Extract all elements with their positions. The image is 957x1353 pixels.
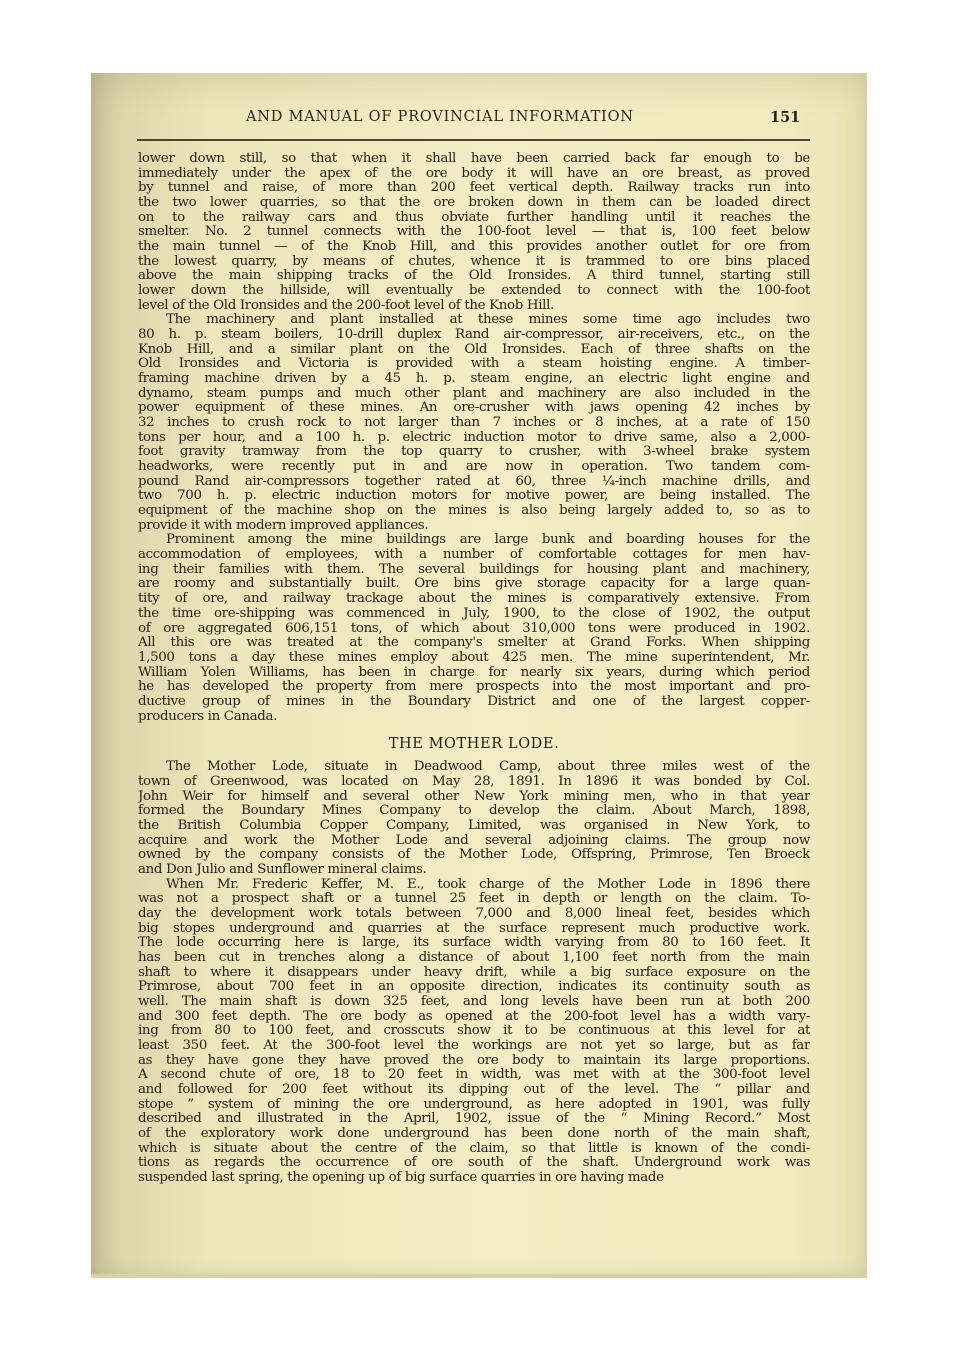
text-line: by tunnel and raise, of more than 200 fe… [138,181,810,196]
text-line: was not a prospect shaft or a tunnel 25 … [138,892,810,907]
text-line: lower down still, so that when it shall … [138,152,810,167]
text-line: town of Greenwood, was located on May 28… [138,775,810,790]
text-line: The Mother Lode, situate in Deadwood Cam… [138,760,810,775]
text-line: acquire and work the Mother Lode and sev… [138,834,810,849]
text-line: immediately under the apex of the ore bo… [138,167,810,182]
text-line: framing machine driven by a 45 h. p. ste… [138,372,810,387]
text-line: Old Ironsides and Victoria is provided w… [138,357,810,372]
paragraph: Prominent among the mine buildings are l… [138,533,810,724]
text-line: accommodation of employees, with a numbe… [138,548,810,563]
text-line: owned by the company consists of the Mot… [138,848,810,863]
text-line: the main tunnel — of the Knob Hill, and … [138,240,810,255]
text-line: of the exploratory work done underground… [138,1127,810,1142]
article-continuation: lower down still, so that when it shall … [138,152,810,724]
header-rule [137,139,810,141]
text-line: Knob Hill, and a similar plant on the Ol… [138,343,810,358]
text-line: well. The main shaft is down 325 feet, a… [138,995,810,1010]
text-line: stope ” system of mining the ore undergr… [138,1098,810,1113]
text-line: tity of ore, and railway trackage about … [138,592,810,607]
text-line: The machinery and plant installed at the… [138,313,810,328]
text-line: tions as regards the occurrence of ore s… [138,1156,810,1171]
text-line: of ore aggregated 606,151 tons, of which… [138,622,810,637]
text-line: headworks, were recently put in and are … [138,460,810,475]
text-line: least 350 feet. At the 300-foot level th… [138,1039,810,1054]
text-line: Primrose, about 700 feet in an opposite … [138,980,810,995]
text-line: on to the railway cars and thus obviate … [138,211,810,226]
text-line: smelter. No. 2 tunnel connects with the … [138,225,810,240]
text-line: lower down the hillside, will eventually… [138,284,810,299]
text-line: above the main shipping tracks of the Ol… [138,269,810,284]
text-line: has been cut in trenches along a distanc… [138,951,810,966]
text-line: the two lower quarries, so that the ore … [138,196,810,211]
text-line: shaft to where it disappears under heavy… [138,966,810,981]
text-line: and 300 feet depth. The ore body as open… [138,1010,810,1025]
text-line: equipment of the machine shop on the min… [138,504,810,519]
text-line: formed the Boundary Mines Company to dev… [138,804,810,819]
text-line: big stopes underground and quarries at t… [138,922,810,937]
text-line: the lowest quarry, by means of chutes, w… [138,255,810,270]
text-line: When Mr. Frederic Keffer, M. E., took ch… [138,878,810,893]
text-line: provide it with modern improved applianc… [138,519,810,534]
text-line: producers in Canada. [138,710,810,725]
text-line: tons per hour, and a 100 h. p. electric … [138,431,810,446]
paragraph: The machinery and plant installed at the… [138,313,810,533]
text-line: described and illustrated in the April, … [138,1112,810,1127]
text-line: The lode occurring here is large, its su… [138,936,810,951]
text-line: level of the Old Ironsides and the 200-f… [138,299,810,314]
text-line: ing their families with them. The severa… [138,563,810,578]
text-line: two 700 h. p. electric induction motors … [138,489,810,504]
text-line: power equipment of these mines. An ore-c… [138,401,810,416]
text-line: 1,500 tons a day these mines employ abou… [138,651,810,666]
text-line: ductive group of mines in the Boundary D… [138,695,810,710]
text-line: the British Columbia Copper Company, Lim… [138,819,810,834]
text-line: John Weir for himself and several other … [138,790,810,805]
body-text: lower down still, so that when it shall … [138,152,810,1186]
paragraph: lower down still, so that when it shall … [138,152,810,313]
text-line: which is situate about the centre of the… [138,1142,810,1157]
page-number: 151 [770,109,800,126]
paragraph: The Mother Lode, situate in Deadwood Cam… [138,760,810,877]
text-line: dynamo, steam pumps and much other plant… [138,387,810,402]
text-line: All this ore was treated at the company'… [138,636,810,651]
text-line: pound Rand air-compressors together rate… [138,475,810,490]
text-line: the time ore-shipping was commenced in J… [138,607,810,622]
text-line: and Don Julio and Sunflower mineral clai… [138,863,810,878]
section-mother-lode: The Mother Lode, situate in Deadwood Cam… [138,760,810,1185]
text-line: foot gravity tramway from the top quarry… [138,445,810,460]
text-line: as they have gone they have proved the o… [138,1054,810,1069]
text-line: 32 inches to crush rock to not larger th… [138,416,810,431]
text-line: day the development work totals between … [138,907,810,922]
text-line: and followed for 200 feet without its di… [138,1083,810,1098]
running-head: AND MANUAL OF PROVINCIAL INFORMATION 151 [91,109,867,129]
text-line: 80 h. p. steam boilers, 10-drill duplex … [138,328,810,343]
section-heading: THE MOTHER LODE. [138,724,810,760]
scanned-book-page: AND MANUAL OF PROVINCIAL INFORMATION 151… [91,73,867,1278]
paragraph: When Mr. Frederic Keffer, M. E., took ch… [138,878,810,1186]
text-line: ing from 80 to 100 feet, and crosscuts s… [138,1024,810,1039]
text-line: William Yolen Williams, has been in char… [138,666,810,681]
text-line: A second chute of ore, 18 to 20 feet in … [138,1068,810,1083]
text-line: are roomy and substantially built. Ore b… [138,577,810,592]
running-title: AND MANUAL OF PROVINCIAL INFORMATION [246,109,634,125]
text-line: Prominent among the mine buildings are l… [138,533,810,548]
text-line: suspended last spring, the opening up of… [138,1171,810,1186]
text-line: he has developed the property from mere … [138,680,810,695]
